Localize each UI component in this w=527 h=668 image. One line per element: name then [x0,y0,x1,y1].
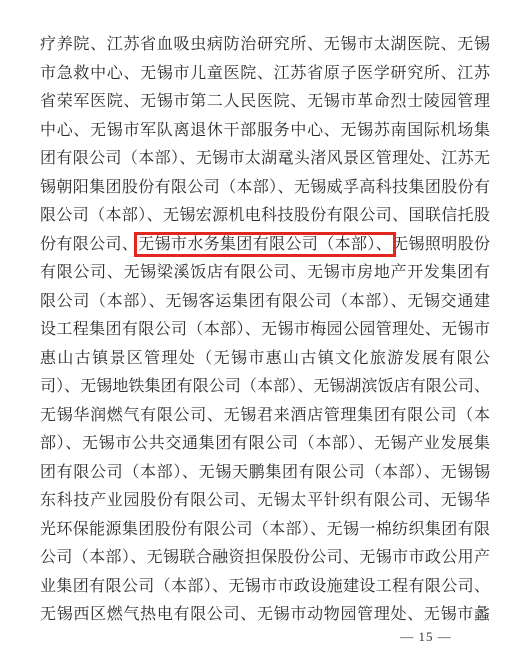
text-line: 无锡华润燃气有限公司、无锡君来酒店管理集团有限公司（本 [40,402,490,431]
page-number: — 15 — [396,629,456,645]
text-line: 东科技产业园股份有限公司、无锡太平针织有限公司、无锡华 [40,487,490,516]
text-line: 限公司（本部）、无锡宏源机电科技股份有限公司、国联信托股 [40,202,490,231]
text-segment: 份有限公司、 [40,236,138,253]
text-line: 光环保能源集团股份有限公司（本部）、无锡一棉纺织集团有限 [40,516,490,545]
document-page: 疗养院、江苏省血吸虫病防治研究所、无锡市太湖医院、无锡市急救中心、无锡市儿童医院… [0,0,527,668]
text-line: 省荣军医院、无锡市第二人民医院、无锡市革命烈士陵园管理 [40,88,490,117]
highlight-box: 无锡市水务集团有限公司（本部）、 [138,236,392,253]
text-line: 惠山古镇景区管理处（无锡市惠山古镇文化旅游发展有限公 [40,345,490,374]
text-line: 司）、无锡地铁集团有限公司（本部）、无锡湖滨饭店有限公司、 [40,373,490,402]
text-line: 锡朝阳集团股份有限公司（本部）、无锡威孚高科技集团股份有 [40,174,490,203]
body-text: 疗养院、江苏省血吸虫病防治研究所、无锡市太湖医院、无锡市急救中心、无锡市儿童医院… [40,31,490,630]
text-line: 部）、无锡市公共交通集团有限公司（本部）、无锡产业发展集 [40,430,490,459]
text-line: 团有限公司（本部）、无锡市太湖鼋头渚风景区管理处、江苏无 [40,145,490,174]
text-line: 限公司（本部）、无锡客运集团有限公司（本部）、无锡交通建 [40,288,490,317]
text-line: 设工程集团有限公司（本部）、无锡市梅园公园管理处、无锡市 [40,316,490,345]
text-line: 中心、无锡市军队离退休干部服务中心、无锡苏南国际机场集 [40,117,490,146]
text-line: 份有限公司、无锡市水务集团有限公司（本部）、无锡照明股份 [40,231,490,260]
text-line: 无锡西区燃气热电有限公司、无锡市动物园管理处、无锡市蠡 [40,601,490,630]
text-line: 团有限公司（本部）、无锡天鹏集团有限公司（本部）、无锡锡 [40,459,490,488]
text-segment: 无锡照明股份 [392,236,490,253]
text-line: 公司（本部）、无锡联合融资担保股份公司、无锡市市政公用产 [40,544,490,573]
text-line: 业集团有限公司（本部）、无锡市市政设施建设工程有限公司、 [40,573,490,602]
text-line: 有限公司、无锡梁溪饭店有限公司、无锡市房地产开发集团有 [40,259,490,288]
text-line: 疗养院、江苏省血吸虫病防治研究所、无锡市太湖医院、无锡 [40,31,490,60]
text-line: 市急救中心、无锡市儿童医院、江苏省原子医学研究所、江苏 [40,60,490,89]
